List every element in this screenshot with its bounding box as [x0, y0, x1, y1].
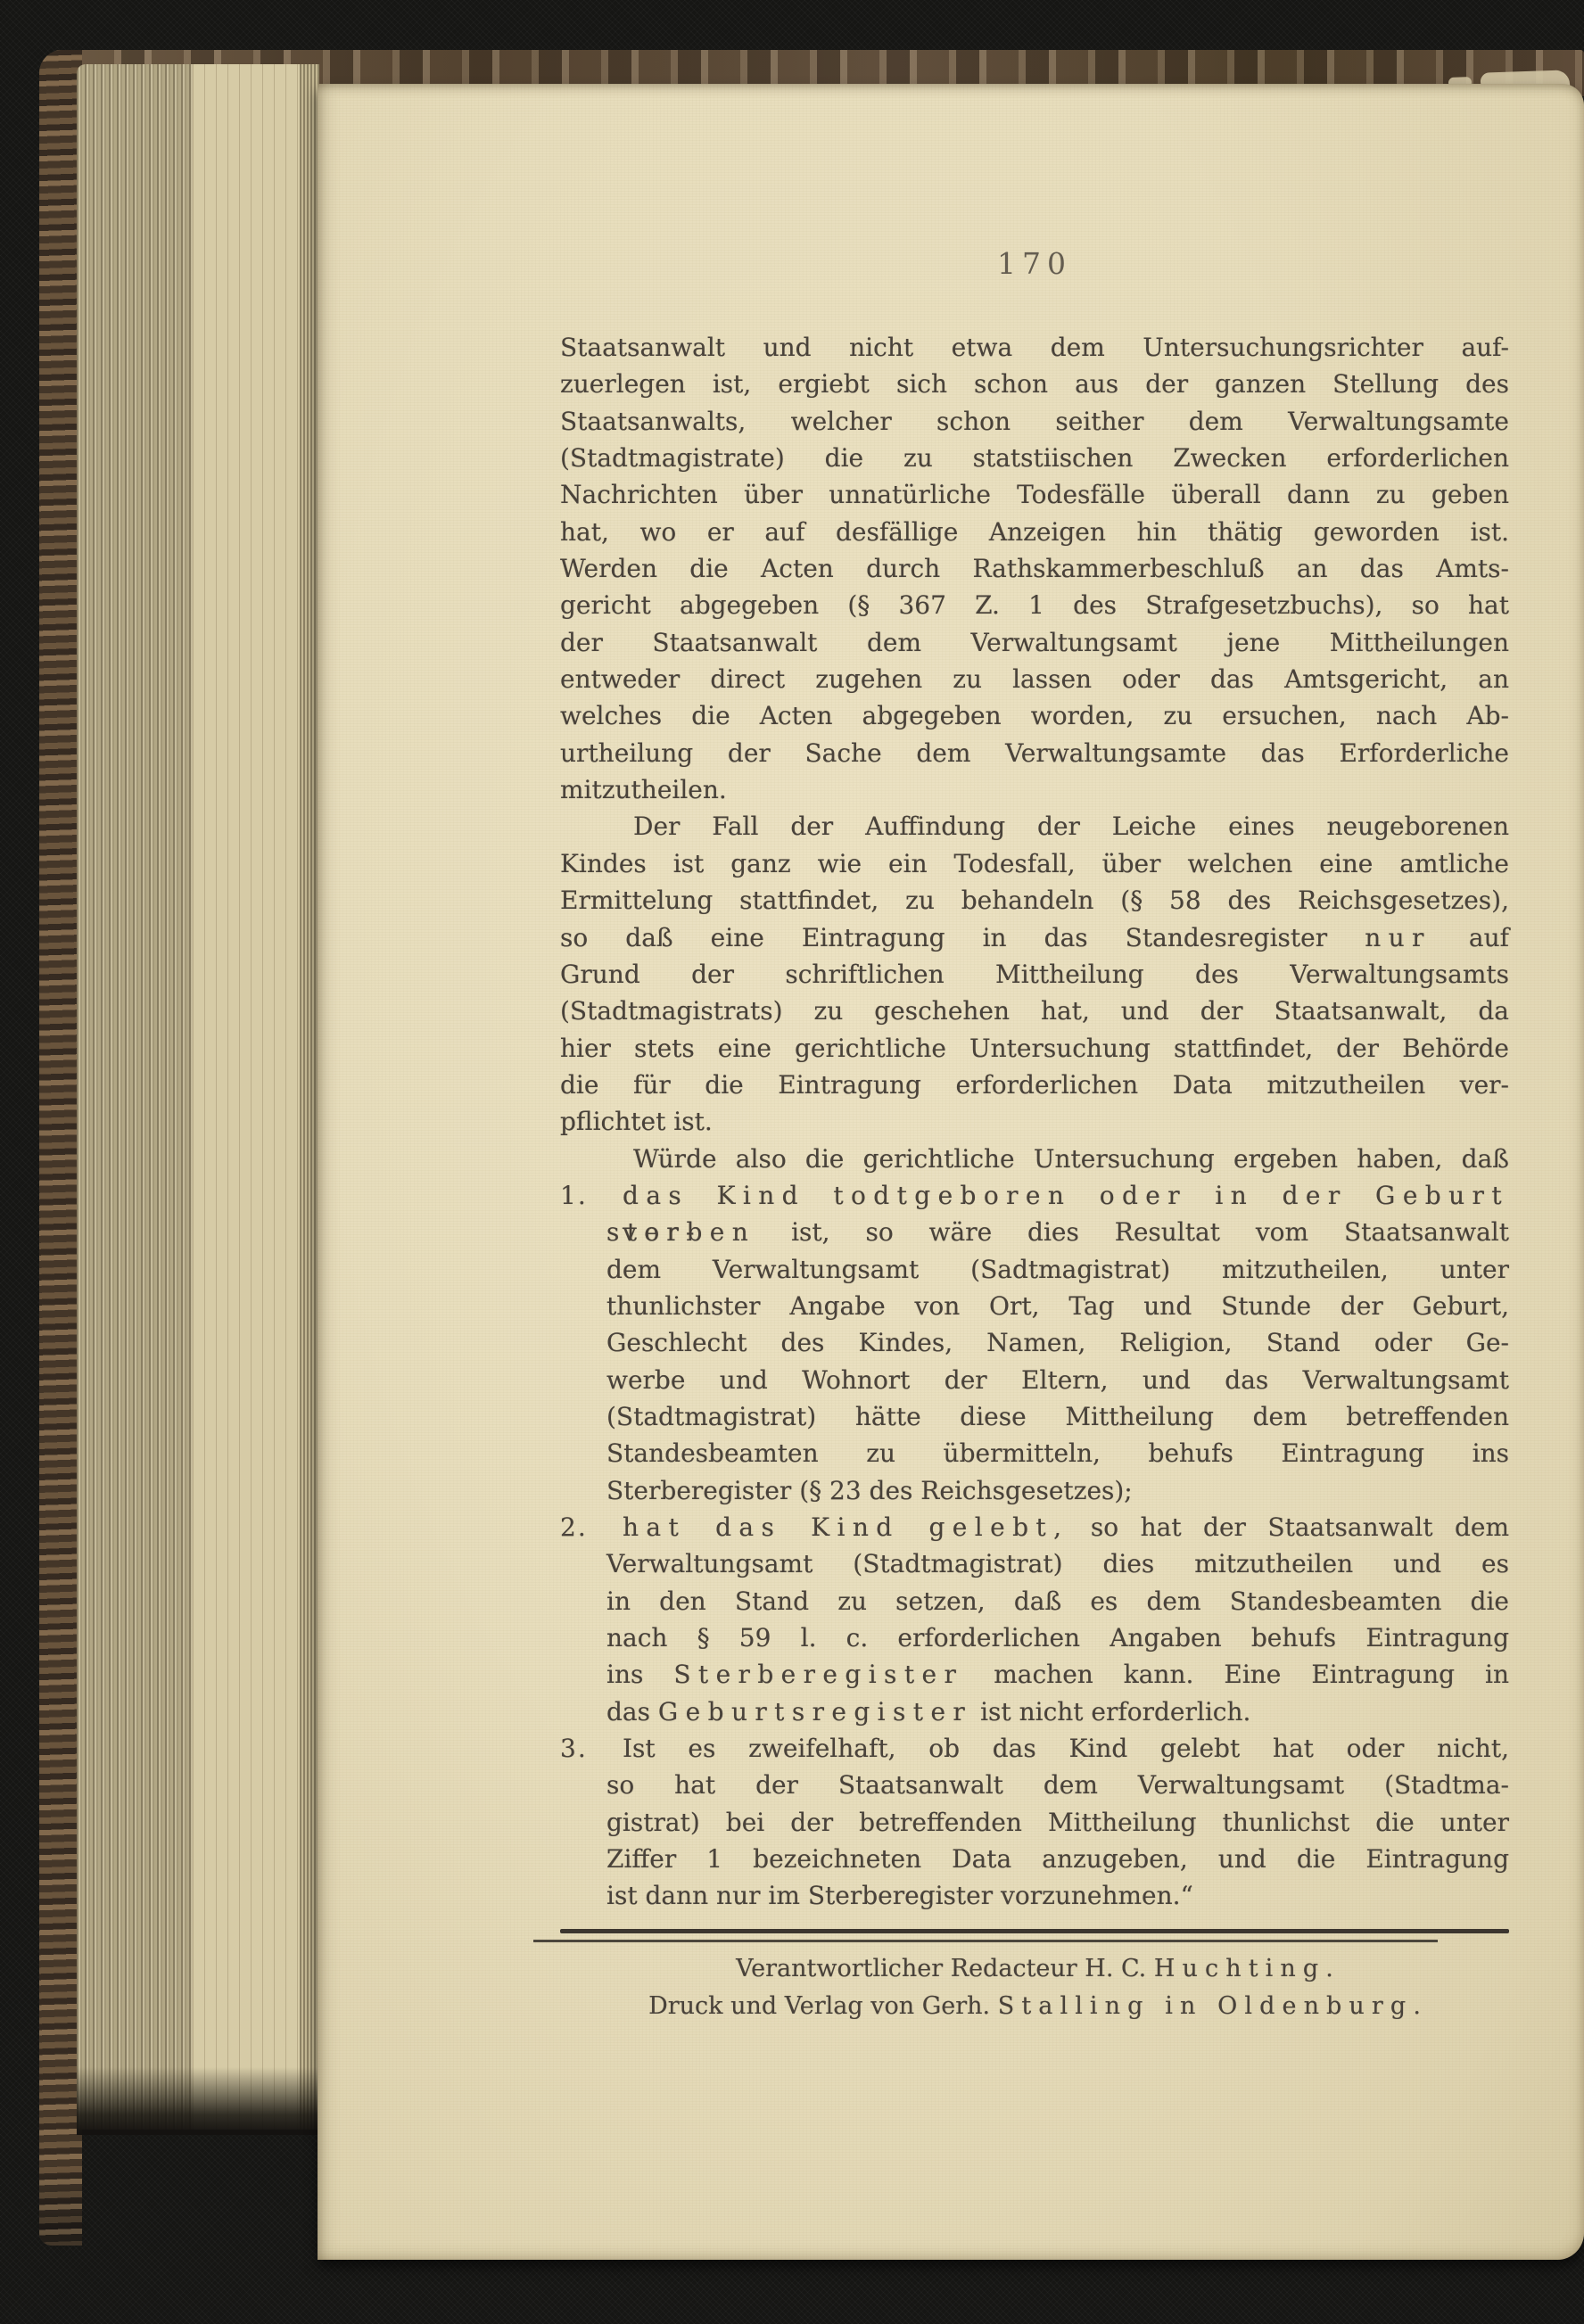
text-line: (Stadtmagistrats) zu geschehen hat, und …: [560, 993, 1509, 1029]
text-line: so daß eine Eintragung in das Standesreg…: [560, 919, 1509, 956]
book-cover-fore-edge: [39, 50, 82, 2246]
text-segment: Werden die Acten durch Rathskammerbeschl…: [560, 554, 1509, 583]
text-line: entweder direct zugehen zu lassen oder d…: [560, 661, 1509, 697]
text-line: gericht abgegeben (§ 367 Z. 1 des Strafg…: [560, 587, 1509, 623]
text-segment: gistrat) bei der betreffenden Mittheilun…: [606, 1808, 1509, 1837]
text-line: Staatsanwalt und nicht etwa dem Untersuc…: [560, 329, 1509, 366]
text-segment: Der Fall der Auffindung der Leiche eines…: [633, 812, 1509, 841]
text-line: Standesbeamten zu übermitteln, behufs Ei…: [560, 1435, 1509, 1471]
text-line: Nachrichten über unnatürliche Todesfälle…: [560, 476, 1509, 513]
text-segment: Verwaltungsamt (Stadtmagistrat) dies mit…: [606, 1549, 1509, 1578]
text-line: gistrat) bei der betreffenden Mittheilun…: [560, 1804, 1509, 1841]
footer-rule-thick-line: [560, 1929, 1509, 1933]
text-segment: Verantwortlicher Redacteur H. C.: [736, 1955, 1154, 1982]
text-line: hier stets eine gerichtliche Untersuchun…: [560, 1030, 1509, 1067]
text-segment: werbe und Wohnort der Eltern, und das Ve…: [606, 1365, 1509, 1395]
book-page: 170 Staatsanwalt und nicht etwa dem Unte…: [318, 84, 1584, 2260]
text-segment: auf: [1431, 923, 1509, 952]
text-segment: (Stadtmagistrate) die zu statstiischen Z…: [560, 443, 1509, 473]
text-line: nach § 59 l. c. erforderlichen Angaben b…: [560, 1619, 1509, 1656]
page-text: Staatsanwalt und nicht etwa dem Untersuc…: [560, 329, 1509, 1915]
text-line: Grund der schriftlichen Mittheilung des …: [560, 956, 1509, 993]
text-line: das Geburtsregister ist nicht erforderli…: [560, 1694, 1509, 1730]
letterspaced-text: Stalling in Oldenburg: [998, 1992, 1414, 2020]
text-line: mitzutheilen.: [560, 771, 1509, 808]
text-line: Ermittelung stattfindet, zu behandeln (§…: [560, 882, 1509, 919]
text-segment: ins: [606, 1660, 673, 1689]
text-segment: so daß eine Eintragung in das Standesreg…: [560, 923, 1365, 952]
text-line: in den Stand zu setzen, daß es dem Stand…: [560, 1583, 1509, 1619]
text-segment: Ermittelung stattfindet, zu behandeln (§…: [560, 886, 1509, 915]
text-segment: Nachrichten über unnatürliche Todesfälle…: [560, 480, 1509, 509]
text-segment: .: [1325, 1955, 1333, 1982]
text-segment: thunlichster Angabe von Ort, Tag und Stu…: [606, 1291, 1509, 1321]
letterspaced-text: hat das Kind gelebt,: [623, 1512, 1068, 1542]
text-segment: hat, wo er auf desfällige Anzeigen hin t…: [560, 517, 1509, 547]
text-segment: in den Stand zu setzen, daß es dem Stand…: [606, 1586, 1509, 1616]
footer-rule: [560, 1929, 1509, 1945]
text-segment: .: [1413, 1992, 1421, 2020]
text-line: dem Verwaltungsamt (Sadtmagistrat) mitzu…: [560, 1251, 1509, 1288]
photo-backdrop: 170 Staatsanwalt und nicht etwa dem Unte…: [0, 0, 1584, 2324]
text-line: Sterberegister (§ 23 des Reichsgesetzes)…: [560, 1472, 1509, 1509]
text-segment: der Staatsanwalt dem Verwaltungsamt jene…: [560, 628, 1509, 657]
text-line: Ziffer 1 bezeichneten Data anzugeben, un…: [560, 1841, 1509, 1877]
text-line: Der Fall der Auffindung der Leiche eines…: [560, 808, 1509, 845]
list-number: 1.: [560, 1177, 588, 1214]
text-segment: (Stadtmagistrats) zu geschehen hat, und …: [560, 996, 1509, 1026]
text-segment: so hat der Staatsanwalt dem Verwaltungsa…: [606, 1770, 1509, 1800]
text-line: Werden die Acten durch Rathskammerbeschl…: [560, 550, 1509, 587]
text-segment: Geschlecht des Kindes, Namen, Religion, …: [606, 1328, 1509, 1357]
text-segment: Würde also die gerichtliche Untersuchung…: [633, 1144, 1509, 1174]
text-line: Staatsanwalts, welcher schon seither dem…: [560, 403, 1509, 440]
text-segment: ist nicht erforderlich.: [972, 1697, 1250, 1727]
text-segment: Ziffer 1 bezeichneten Data anzugeben, un…: [606, 1844, 1509, 1874]
text-line: (Stadtmagistrate) die zu statstiischen Z…: [560, 440, 1509, 476]
text-segment: die für die Eintragung erforderlichen Da…: [560, 1070, 1509, 1100]
text-segment: machen kann. Eine Eintragung in: [963, 1660, 1509, 1689]
text-line: storben ist, so wäre dies Resultat vom S…: [560, 1214, 1509, 1250]
text-segment: zuerlegen ist, ergiebt sich schon aus de…: [560, 369, 1509, 399]
text-segment: Sterberegister (§ 23 des Reichsgesetzes)…: [606, 1476, 1133, 1505]
text-segment: nach § 59 l. c. erforderlichen Angaben b…: [606, 1623, 1509, 1652]
text-line: so hat der Staatsanwalt dem Verwaltungsa…: [560, 1767, 1509, 1803]
text-segment: hier stets eine gerichtliche Untersuchun…: [560, 1034, 1509, 1063]
text-line: (Stadtmagistrat) hätte diese Mittheilung…: [560, 1398, 1509, 1435]
text-segment: gericht abgegeben (§ 367 Z. 1 des Strafg…: [560, 590, 1509, 620]
text-line: 1.das Kind todtgeboren oder in der Gebur…: [560, 1177, 1509, 1214]
text-line: Geschlecht des Kindes, Namen, Religion, …: [560, 1324, 1509, 1361]
text-line: 2.hat das Kind gelebt, so hat der Staats…: [560, 1509, 1509, 1545]
cover-wear: [39, 2165, 82, 2246]
letterspaced-text: storben: [606, 1217, 755, 1247]
footer-line-1: Verantwortlicher Redacteur H. C. Huchtin…: [560, 1950, 1509, 1987]
text-segment: Standesbeamten zu übermitteln, behufs Ei…: [606, 1438, 1509, 1468]
page-edges-band-middle: [193, 64, 300, 2130]
letterspaced-text: Huchting: [1154, 1955, 1325, 1982]
text-segment: (Stadtmagistrat) hätte diese Mittheilung…: [606, 1402, 1509, 1431]
page-edges-stack: [77, 64, 319, 2130]
text-line: Verwaltungsamt (Stadtmagistrat) dies mit…: [560, 1545, 1509, 1582]
text-segment: ist dann nur im Sterberegister vorzunehm…: [606, 1881, 1193, 1910]
text-line: der Staatsanwalt dem Verwaltungsamt jene…: [560, 624, 1509, 661]
text-line: Kindes ist ganz wie ein Todesfall, über …: [560, 845, 1509, 882]
text-segment: Grund der schriftlichen Mittheilung des …: [560, 960, 1509, 989]
text-line: zuerlegen ist, ergiebt sich schon aus de…: [560, 366, 1509, 402]
text-line: ins Sterberegister machen kann. Eine Ein…: [560, 1656, 1509, 1693]
footer-rule-thin-line: [533, 1940, 1438, 1942]
text-line: thunlichster Angabe von Ort, Tag und Stu…: [560, 1288, 1509, 1324]
text-line: werbe und Wohnort der Eltern, und das Ve…: [560, 1362, 1509, 1398]
page-edges-band-outer: [300, 64, 319, 2130]
text-line: 3.Ist es zweifelhaft, ob das Kind gelebt…: [560, 1730, 1509, 1767]
text-segment: Staatsanwalt und nicht etwa dem Untersuc…: [560, 333, 1509, 362]
text-line: welches die Acten abgegeben worden, zu e…: [560, 697, 1509, 734]
text-segment: ist, so wäre dies Resultat vom Staatsanw…: [755, 1217, 1509, 1247]
letterspaced-text: Geburtsregister: [658, 1697, 972, 1727]
letterspaced-text: Sterberegister: [673, 1660, 963, 1689]
list-number: 2.: [560, 1509, 588, 1545]
text-segment: urtheilung der Sache dem Verwaltungsamte…: [560, 738, 1509, 768]
text-line: die für die Eintragung erforderlichen Da…: [560, 1067, 1509, 1103]
page-number: 170: [560, 244, 1509, 284]
text-line: hat, wo er auf desfällige Anzeigen hin t…: [560, 514, 1509, 550]
text-segment: so hat der Staatsanwalt dem: [1068, 1512, 1509, 1542]
text-segment: entweder direct zugehen zu lassen oder d…: [560, 664, 1509, 694]
text-segment: Ist es zweifelhaft, ob das Kind gelebt h…: [623, 1734, 1509, 1763]
text-segment: dem Verwaltungsamt (Sadtmagistrat) mitzu…: [606, 1255, 1509, 1284]
page-edges-band-inner: [77, 64, 193, 2130]
text-segment: pflichtet ist.: [560, 1107, 713, 1136]
list-number: 3.: [560, 1730, 588, 1767]
text-segment: Staatsanwalts, welcher schon seither dem…: [560, 407, 1509, 436]
text-line: ist dann nur im Sterberegister vorzunehm…: [560, 1877, 1509, 1914]
footer-line-2: Druck und Verlag von Gerh. Stalling in O…: [560, 1988, 1509, 2024]
text-segment: welches die Acten abgegeben worden, zu e…: [560, 701, 1509, 730]
letterspaced-text: nur: [1365, 923, 1431, 952]
text-line: Würde also die gerichtliche Untersuchung…: [560, 1141, 1509, 1177]
text-segment: mitzutheilen.: [560, 775, 727, 804]
text-segment: das: [606, 1697, 658, 1727]
text-segment: Druck und Verlag von Gerh.: [648, 1992, 998, 2020]
text-segment: Kindes ist ganz wie ein Todesfall, über …: [560, 849, 1509, 878]
text-line: urtheilung der Sache dem Verwaltungsamte…: [560, 735, 1509, 771]
text-line: pflichtet ist.: [560, 1103, 1509, 1140]
